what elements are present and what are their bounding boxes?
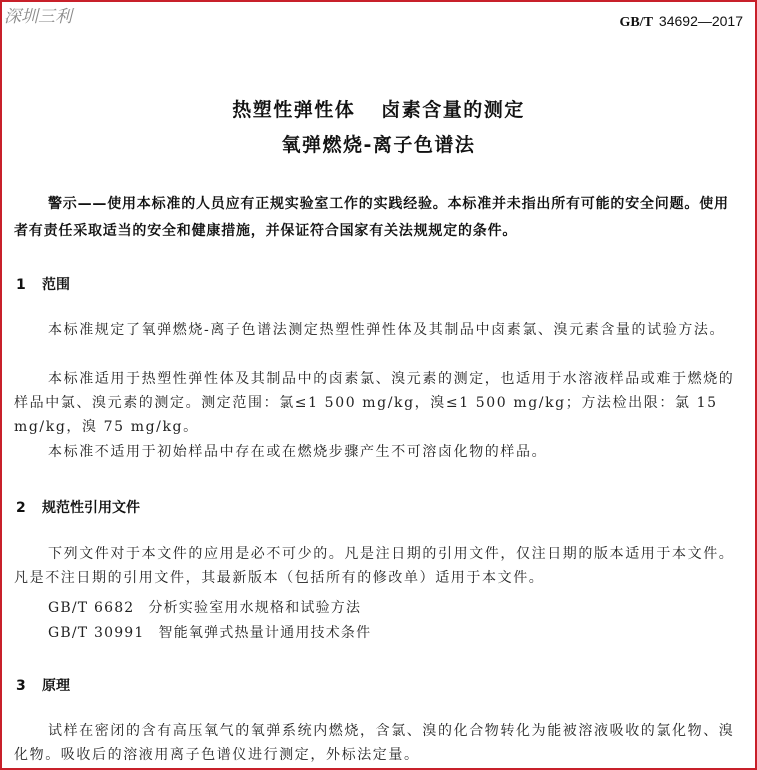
document-title-line1: 热塑性弹性体卤素含量的测定 — [0, 95, 757, 122]
principle-paragraph: 试样在密闭的含有高压氧气的氧弹系统内燃烧，含氯、溴的化合物转化为能被溶液吸收的氯… — [14, 719, 744, 767]
section-title: 规范性引用文件 — [42, 500, 140, 516]
section-title: 范围 — [42, 277, 70, 293]
reference-code: GB/T 6682 — [48, 600, 134, 616]
section-number: 1 — [16, 277, 42, 293]
section-heading-normative-references: 2规范性引用文件 — [16, 497, 140, 517]
section-number: 3 — [16, 678, 42, 694]
section-number: 2 — [16, 500, 42, 516]
reference-item: GB/T 30991智能氧弹式热量计通用技术条件 — [48, 622, 371, 642]
reference-title: 分析实验室用水规格和试验方法 — [148, 600, 361, 616]
document-title-line2: 氧弹燃烧-离子色谱法 — [0, 130, 757, 157]
reference-code: GB/T 30991 — [48, 625, 145, 641]
title-part1: 热塑性弹性体 — [232, 99, 355, 121]
scope-paragraph-3: 本标准不适用于初始样品中存在或在燃烧步骤产生不可溶卤化物的样品。 — [14, 440, 744, 464]
standard-number: 34692—2017 — [659, 13, 743, 29]
section-heading-principle: 3原理 — [16, 675, 70, 695]
reference-item: GB/T 6682分析实验室用水规格和试验方法 — [48, 597, 361, 617]
scope-paragraph-1: 本标准规定了氧弹燃烧-离子色谱法测定热塑性弹性体及其制品中卤素氯、溴元素含量的试… — [14, 318, 744, 342]
reference-title: 智能氧弹式热量计通用技术条件 — [159, 625, 372, 641]
safety-warning: 警示——使用本标准的人员应有正规实验室工作的实践经验。本标准并未指出所有可能的安… — [14, 191, 742, 245]
standard-prefix: GB/T — [619, 15, 652, 30]
watermark: 深圳三利 — [4, 2, 72, 27]
references-paragraph: 下列文件对于本文件的应用是必不可少的。凡是注日期的引用文件，仅注日期的版本适用于… — [14, 542, 744, 590]
section-heading-scope: 1范围 — [16, 274, 70, 294]
section-title: 原理 — [42, 678, 70, 694]
title-part2: 卤素含量的测定 — [381, 99, 525, 121]
standard-code: GB/T34692—2017 — [619, 13, 743, 31]
scope-paragraph-2: 本标准适用于热塑性弹性体及其制品中的卤素氯、溴元素的测定，也适用于水溶液样品或难… — [14, 367, 744, 439]
